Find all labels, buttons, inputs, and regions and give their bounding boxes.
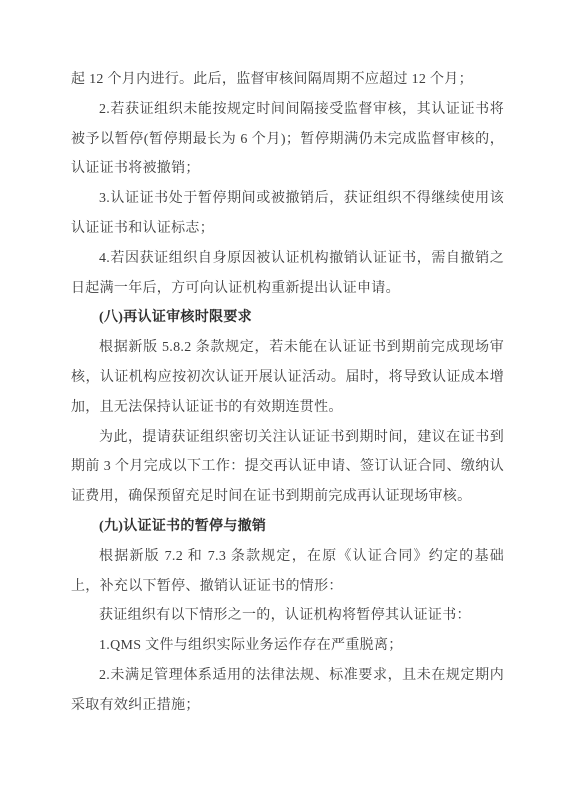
- paragraph: 3.认证证书处于暂停期间或被撤销后，获证组织不得继续使用该认证证书和认证标志；: [71, 184, 504, 244]
- section-heading: (九)认证证书的暂停与撤销: [71, 512, 504, 542]
- paragraph: 根据新版 7.2 和 7.3 条款规定，在原《认证合同》约定的基础上，补充以下暂…: [71, 542, 504, 602]
- paragraph: 2.未满足管理体系适用的法律法规、标准要求，且未在规定期内采取有效纠正措施；: [71, 661, 504, 721]
- paragraph: 获证组织有以下情形之一的，认证机构将暂停其认证证书：: [71, 601, 504, 631]
- paragraph: 根据新版 5.8.2 条款规定，若未能在认证证书到期前完成现场审核，认证机构应按…: [71, 333, 504, 422]
- paragraph: 1.QMS 文件与组织实际业务运作存在严重脱离；: [71, 631, 504, 661]
- paragraph: 起 12 个月内进行。此后，监督审核间隔周期不应超过 12 个月；: [71, 65, 504, 95]
- paragraph: 为此，提请获证组织密切关注认证证书到期时间，建议在证书到期前 3 个月完成以下工…: [71, 423, 504, 512]
- section-heading: (八)再认证审核时限要求: [71, 303, 504, 333]
- document-page: 起 12 个月内进行。此后，监督审核间隔周期不应超过 12 个月； 2.若获证组…: [0, 0, 566, 800]
- paragraph: 4.若因获证组织自身原因被认证机构撤销认证证书，需自撤销之日起满一年后，方可向认…: [71, 244, 504, 304]
- paragraph: 2.若获证组织未能按规定时间间隔接受监督审核，其认证证书将被予以暂停(暂停期最长…: [71, 95, 504, 184]
